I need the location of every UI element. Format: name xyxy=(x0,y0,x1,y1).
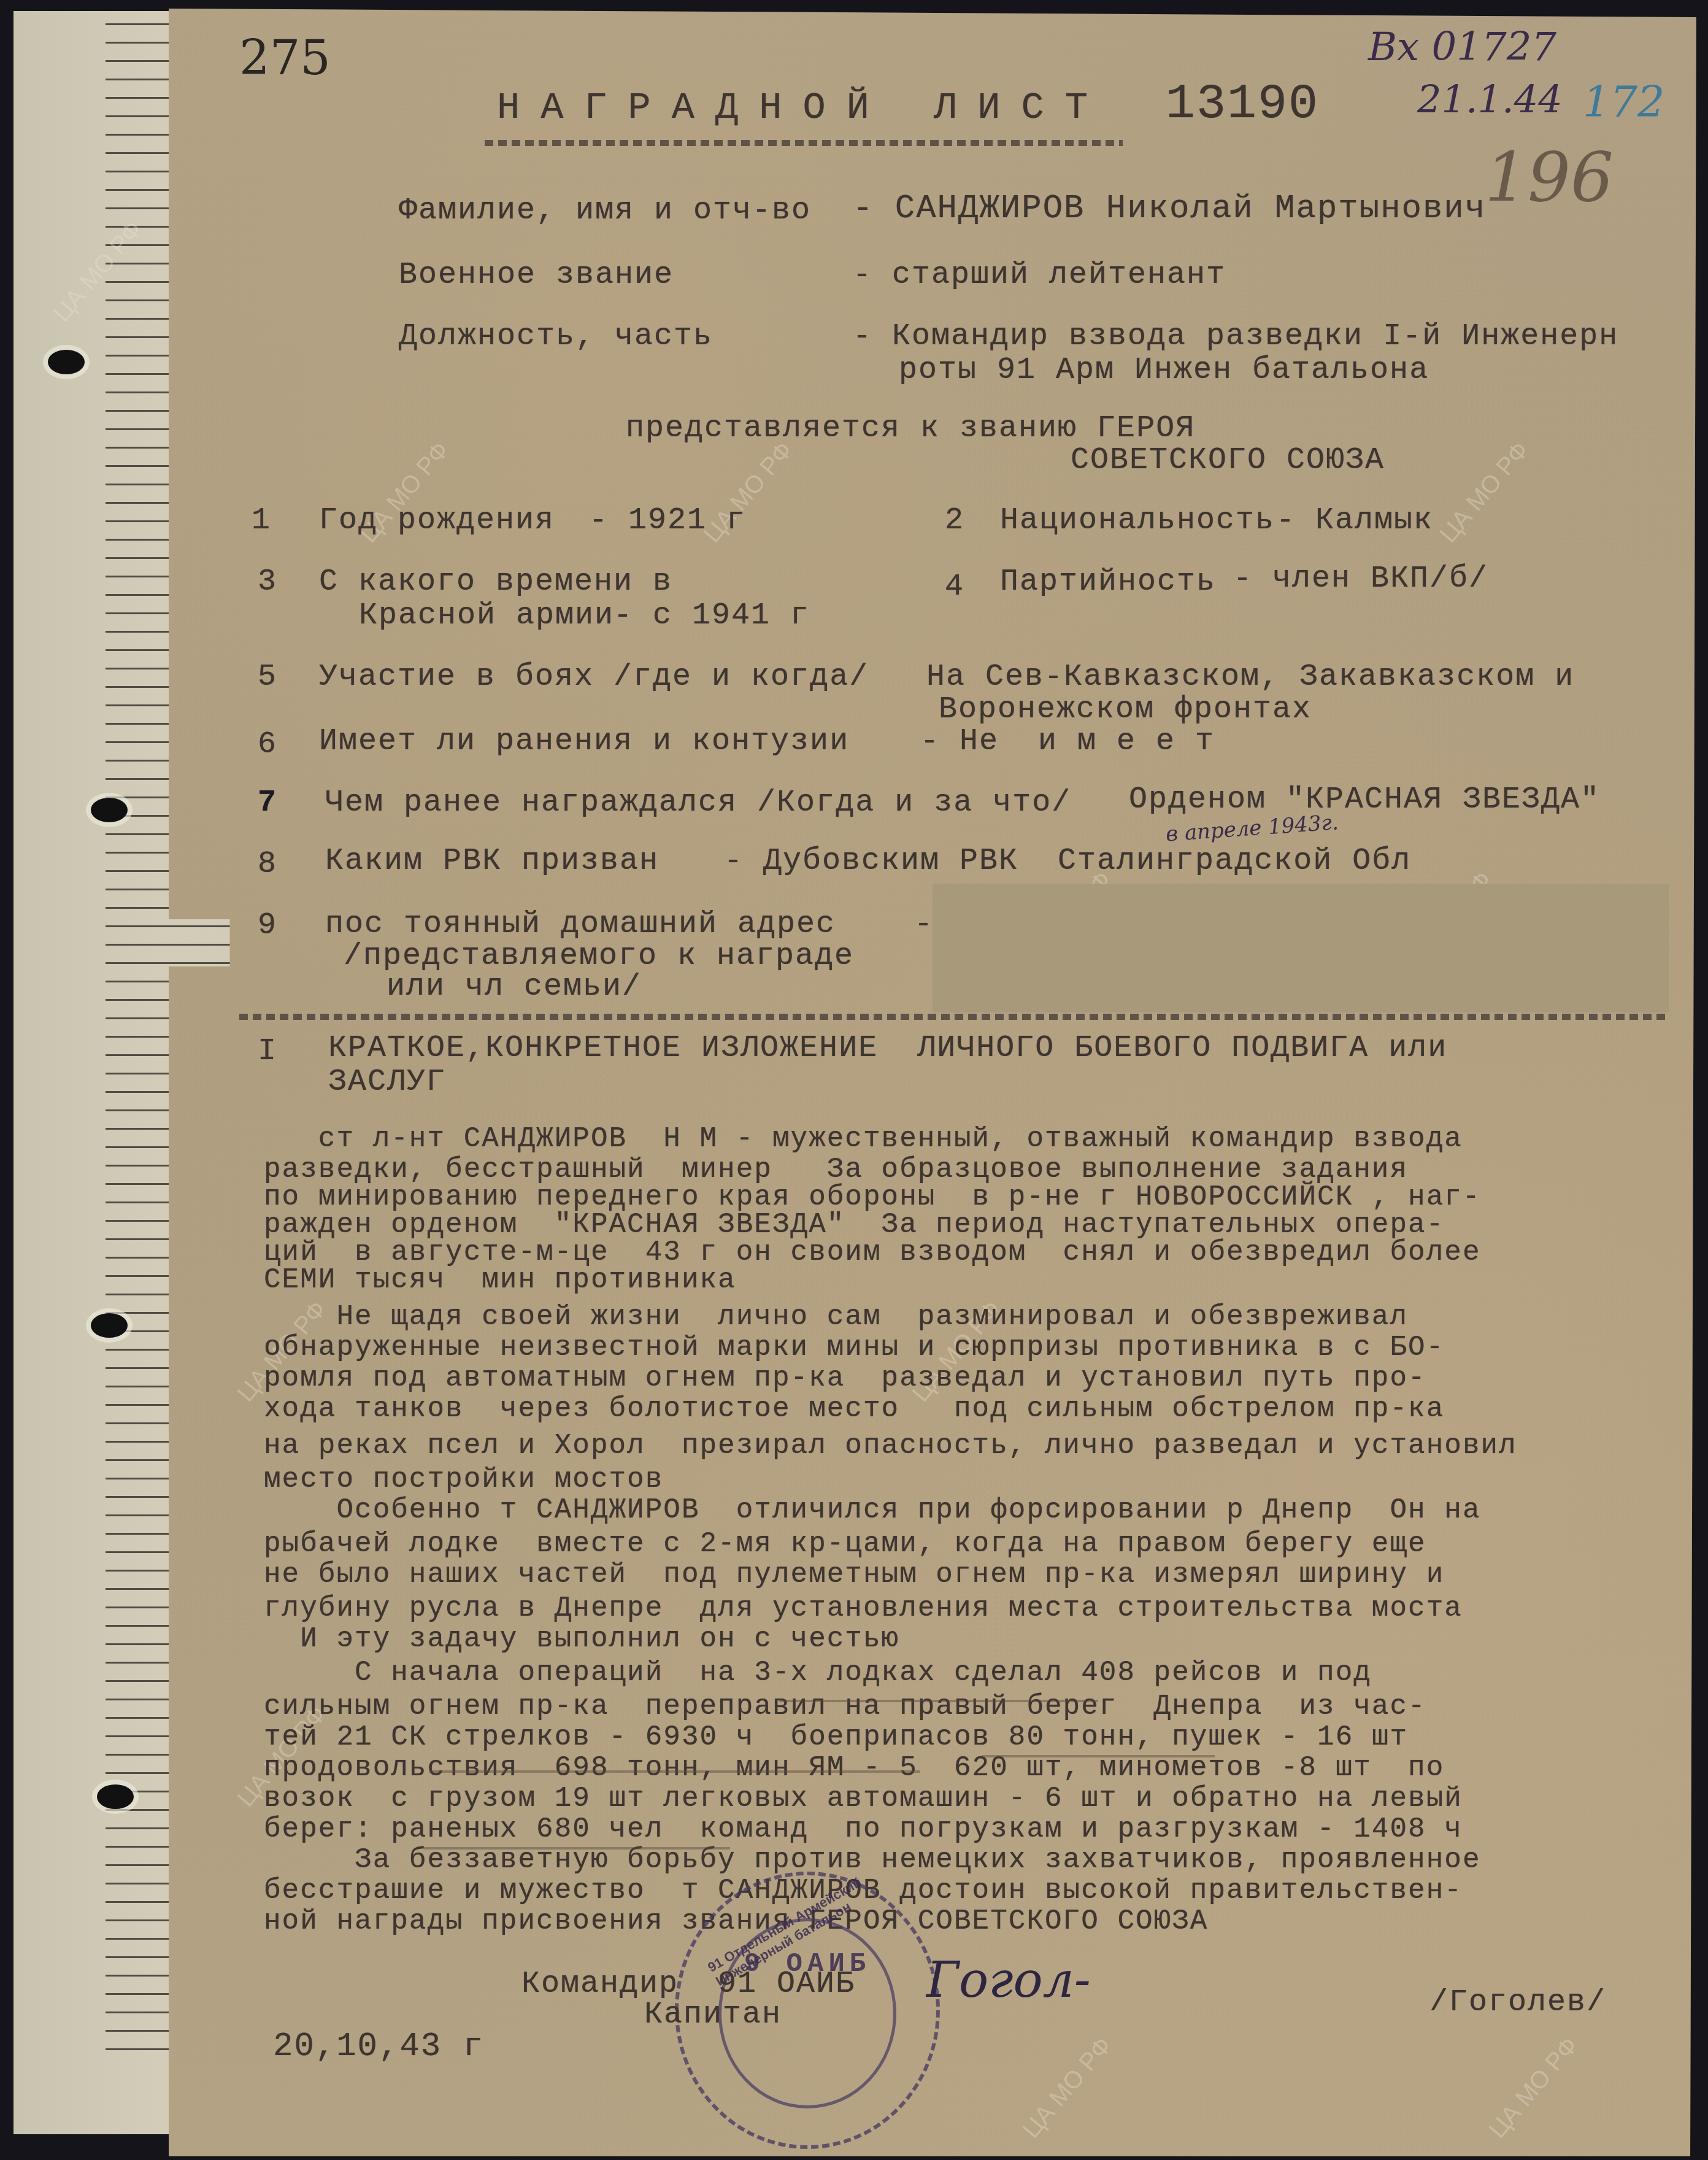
narrative-line: берег: раненых 680 чел команд по погрузк… xyxy=(264,1813,1463,1845)
item-number: 5 xyxy=(258,660,277,695)
pencil-underline xyxy=(779,1700,1098,1702)
narrative-line: рыбачей лодке вместе с 2-мя кр-цами, ког… xyxy=(264,1528,1426,1560)
item-label: Партийность xyxy=(1000,565,1216,600)
section-heading: КРАТКОЕ,КОНКРЕТНОЕ ИЗЛОЖЕНИЕ ЛИЧНОГО БОЕ… xyxy=(328,1031,1447,1066)
item-value: - член ВКП/б/ xyxy=(1233,561,1488,596)
narrative-line: тей 21 СК стрелков - 6930 ч боеприпасов … xyxy=(264,1721,1408,1753)
commander-signature: Гогол- xyxy=(926,1951,1091,2008)
signatory-rank: Капитан xyxy=(644,1997,782,2032)
narrative-line: сильным огнем пр-ка переправил на правый… xyxy=(264,1691,1426,1722)
item-number: 7 xyxy=(258,785,277,820)
document-number: 13190 xyxy=(1166,77,1319,133)
item-value: На Сев-Кавказском, Закавказском и xyxy=(926,660,1574,695)
item-number: 2 xyxy=(945,503,964,538)
narrative-line: ромля под автоматным огнем пр-ка разведа… xyxy=(264,1362,1426,1394)
narrative-line: на реках псел и Хорол презирал опасность… xyxy=(264,1430,1517,1462)
pencil-underline xyxy=(429,1770,920,1773)
fio-label: Фамилие, имя и отч-во xyxy=(399,193,811,228)
item-label-cont: /представляемого к награде xyxy=(344,939,854,974)
redacted-address xyxy=(933,884,1669,1012)
section-divider xyxy=(239,1014,1669,1020)
position-label: Должность, часть xyxy=(399,319,713,354)
punch-hole xyxy=(91,798,128,822)
document-title: НАГРАДНОЙ ЛИСТ xyxy=(497,86,1109,129)
item-label-cont: Красной армии xyxy=(359,598,614,633)
narrative-line: хода танков через болотистое место под с… xyxy=(264,1393,1444,1425)
narrative-line: обнаруженные неизвестной марки мины и сю… xyxy=(264,1332,1444,1363)
punch-hole xyxy=(97,1784,134,1809)
narrative-line: И эту задачу выполнил он с честью xyxy=(264,1623,899,1655)
narrative-line: С начала операций на 3-х лодках сделал 4… xyxy=(264,1657,1372,1689)
narrative-line: место постройки мостов xyxy=(264,1464,663,1495)
blue-mark: 172 xyxy=(1583,77,1665,127)
brown-mark: 196 xyxy=(1485,138,1614,217)
item-number: 6 xyxy=(258,727,277,762)
item-number: 1 xyxy=(252,503,271,538)
item-value: - Дубовским РВК Сталинградской Обл xyxy=(724,844,1411,879)
item-number: 8 xyxy=(258,847,277,882)
document-date: 20,10,43 г xyxy=(273,2028,484,2065)
narrative-line: ст л-нт САНДЖИРОВ Н М - мужественный, от… xyxy=(264,1123,1463,1155)
item-label: Участие в боях /где и когда/ xyxy=(319,660,869,695)
nomination-line-2: СОВЕТСКОГО СОЮЗА xyxy=(1071,443,1385,478)
item-label-cont: или чл семьи/ xyxy=(387,970,642,1005)
narrative-line: Не щадя своей жизни лично сам разминиров… xyxy=(264,1301,1408,1333)
narrative-line: глубину русла в Днепре для установления … xyxy=(264,1592,1463,1624)
narrative-line: возок с грузом 19 шт легковых автомашин … xyxy=(264,1783,1463,1815)
punch-hole xyxy=(48,350,85,374)
item-value: - Не и м е е т xyxy=(920,724,1215,759)
narrative-line: не было наших частей под пулеметным огне… xyxy=(264,1559,1444,1591)
item-label: пос тоянный домашний адрес xyxy=(325,907,836,942)
item-label: С какого времени в xyxy=(319,565,672,600)
pencil-underline xyxy=(982,1755,1215,1757)
nomination-line-1: представляется к званию ГЕРОЯ xyxy=(626,411,1195,446)
section-number: I xyxy=(258,1034,277,1069)
fio-value: - САНДЖИРОВ Николай Мартынович xyxy=(853,190,1486,228)
rank-value: - старший лейтенант xyxy=(853,258,1226,293)
signatory-name: /Гоголев/ xyxy=(1429,1985,1606,2020)
title-underline xyxy=(485,140,1123,146)
item-number: 4 xyxy=(945,569,964,604)
narrative-line: продовольствия 698 тонн, мин ЯМ - 5 620 … xyxy=(264,1752,1444,1784)
page-number: 275 xyxy=(239,31,331,86)
item-label: Имеет ли ранения и контузии xyxy=(319,724,849,759)
narrative-line: Особенно т САНДЖИРОВ отличился при форси… xyxy=(264,1494,1481,1526)
item-value-cont: Воронежском фронтах xyxy=(939,692,1312,727)
incoming-number: Вх 01727 xyxy=(1368,25,1556,70)
item-label: Год рождения xyxy=(319,503,555,538)
signatory-title: Командир 91 ОАИБ xyxy=(521,1967,855,2002)
rank-label: Военное звание xyxy=(399,258,674,293)
item-value: - 1921 г xyxy=(589,503,746,538)
item-value: Орденом "КРАСНАЯ ЗВЕЗДА" xyxy=(1129,782,1600,817)
item-value: - с 1941 г xyxy=(614,598,810,633)
pencil-underline xyxy=(423,1847,730,1849)
item-label: Чем ранее награждался /Когда и за что/ xyxy=(325,785,1071,820)
section-heading-cont: ЗАСЛУГ xyxy=(328,1065,446,1100)
item-label: Национальность xyxy=(1000,503,1275,538)
item-number: 9 xyxy=(258,908,277,943)
item-value: - Калмык xyxy=(1276,503,1433,538)
incoming-date: 21.1.44 xyxy=(1417,77,1563,121)
item-value: - xyxy=(914,907,934,942)
position-value: - Командир взвода разведки I-й Инженерн xyxy=(853,319,1618,354)
position-value-cont: роты 91 Арм Инжен батальона xyxy=(899,353,1429,388)
item-number: 3 xyxy=(258,565,277,600)
punch-hole xyxy=(91,1313,128,1338)
narrative-line: СЕМИ тысяч мин противника xyxy=(264,1264,736,1296)
item-label: Каким РВК призван xyxy=(325,844,659,879)
